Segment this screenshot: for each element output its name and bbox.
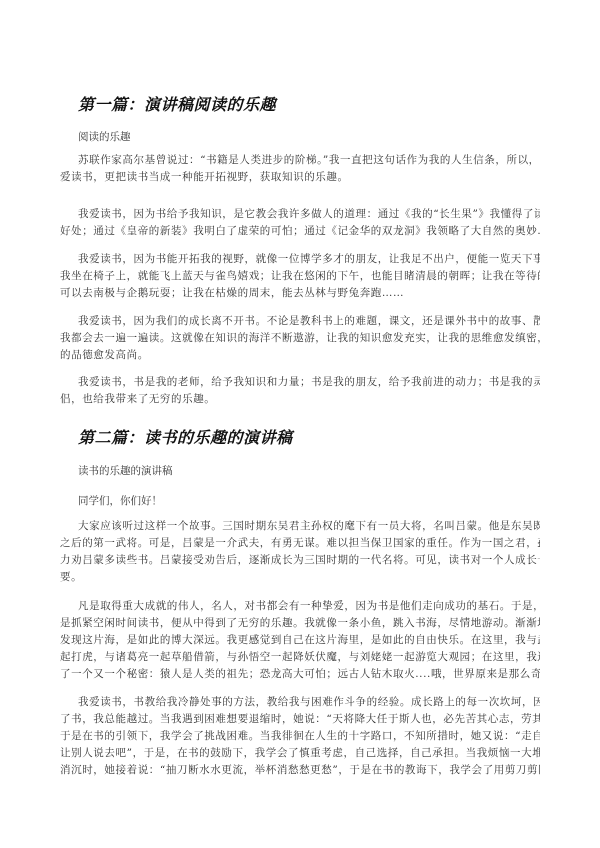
text-line: 我都会去一遍一遍读。这就像在知识的海洋不断遨游，让我的知识愈发充实，让我的思维愈… bbox=[60, 330, 540, 347]
paragraph: 我爱读书，因为我们的成长离不开书。不论是教科书上的难题，课文，还是课外书中的故事… bbox=[60, 313, 540, 364]
text-line: 了书，我总能越过。当我遇到困难想要退缩时，她说：“天将降大任于斯人也，必先苦其心… bbox=[60, 711, 540, 728]
text-line: 要。 bbox=[60, 569, 540, 586]
document-page: 第一篇：演讲稿阅读的乐趣 阅读的乐趣 苏联作家高尔基曾说过：“书籍是人类进步的阶… bbox=[0, 0, 600, 848]
text-line: 我爱读书，因为书能开拓我的视野，就像一位博学多才的朋友，让我足不出户，便能一览天… bbox=[60, 251, 540, 268]
paragraph: 我爱读书，书教给我冷静处事的方法，教给我与困难作斗争的经验。成长路上的每一次坎坷… bbox=[60, 694, 540, 779]
text-line: 大家应该听过这样一个故事。三国时期东吴君主孙权的麾下有一员大将，名叫吕蒙。他是东… bbox=[60, 518, 540, 535]
text-line: 我爱读书，因为书给予我知识，是它教会我许多做人的道理：通过《我的“长生果”》我懂… bbox=[60, 206, 540, 223]
paragraph: 大家应该听过这样一个故事。三国时期东吴君主孙权的麾下有一员大将，名叫吕蒙。他是东… bbox=[60, 518, 540, 586]
paragraph: 我爱读书，因为书给予我知识，是它教会我许多做人的道理：通过《我的“长生果”》我懂… bbox=[60, 206, 540, 240]
text-line: 是抓紧空闲时间读书，便从中得到了无穷的乐趣。我就像一条小鱼，跳入书海，尽情地游动… bbox=[60, 615, 540, 632]
section-2-title: 第二篇：读书的乐趣的演讲稿 bbox=[78, 425, 293, 448]
text-line: 爱读书，更把读书当成一种能开拓视野，获取知识的乐趣。 bbox=[60, 169, 540, 186]
section-2-subtitle: 读书的乐趣的演讲稿 bbox=[78, 463, 173, 478]
text-line: 侣，也给我带来了无穷的乐趣。 bbox=[60, 391, 540, 408]
paragraph: 我爱读书，书是我的老师，给予我知识和力量；书是我的朋友，给予我前进的动力；书是我… bbox=[60, 374, 540, 408]
text-line: 之后的第一武将。可是，吕蒙是一介武夫，有勇无谋。难以担当保卫国家的重任。作为一国… bbox=[60, 535, 540, 552]
text-line: 起打虎，与诸葛亮一起草船借箭，与孙悟空一起降妖伏魔，与刘姥姥一起游览大观园；在这… bbox=[60, 649, 540, 666]
text-line: 了一个又一个秘密：猿人是人类的祖先；恐龙高大可怕；远古人钻木取火....哦，世界… bbox=[60, 666, 540, 683]
text-line: 于是在书的引领下，我学会了挑战困难。当我徘徊在人生的十字路口，不知所措时，她又说… bbox=[60, 728, 540, 745]
text-line: 苏联作家高尔基曾说过：“书籍是人类进步的阶梯。”我一直把这句话作为我的人生信条，… bbox=[60, 152, 540, 169]
text-line: 好处；通过《皇帝的新装》我明白了虚荣的可怕；通过《记金华的双龙洞》我领略了大自然… bbox=[60, 223, 540, 240]
text-line: 可以去南极与企鹅玩耍；让我在枯燥的周末，能去丛林与野兔奔跑…… bbox=[60, 285, 540, 302]
paragraph: 凡是取得重大成就的伟人，名人，对书都会有一种挚爱，因为书是他们走向成功的基石。于… bbox=[60, 598, 540, 683]
text-line: 我爱读书，因为我们的成长离不开书。不论是教科书上的难题，课文，还是课外书中的故事… bbox=[60, 313, 540, 330]
section-1-subtitle: 阅读的乐趣 bbox=[78, 129, 131, 144]
text-line: 我爱读书，书是我的老师，给予我知识和力量；书是我的朋友，给予我前进的动力；书是我… bbox=[60, 374, 540, 391]
section-1-title: 第一篇：演讲稿阅读的乐趣 bbox=[78, 92, 276, 115]
text-line: 我爱读书，书教给我冷静处事的方法，教给我与困难作斗争的经验。成长路上的每一次坎坷… bbox=[60, 694, 540, 711]
text-line: 让别人说去吧”，于是，在书的鼓励下，我学会了慎重考虑，自己选择，自己承担。当我烦… bbox=[60, 745, 540, 762]
paragraph: 苏联作家高尔基曾说过：“书籍是人类进步的阶梯。”我一直把这句话作为我的人生信条，… bbox=[60, 152, 540, 186]
text-line: 消沉时，她接着说：“抽刀断水水更流，举杯消愁愁更愁”，于是在书的教诲下，我学会了… bbox=[60, 762, 540, 779]
greeting: 同学们，你们好！ bbox=[78, 493, 162, 508]
paragraph: 我爱读书，因为书能开拓我的视野，就像一位博学多才的朋友，让我足不出户，便能一览天… bbox=[60, 251, 540, 302]
text-line: 我坐在椅子上，就能飞上蓝天与雀鸟嬉戏；让我在悠闲的下午，也能目睹清晨的朝晖；让我… bbox=[60, 268, 540, 285]
text-line: 的品德愈发高尚。 bbox=[60, 347, 540, 364]
text-line: 发现这片海，是如此的博大深远。我更感觉到自己在这片海里，是如此的自由快乐。在这里… bbox=[60, 632, 540, 649]
text-line: 力劝吕蒙多读些书。吕蒙接受劝告后，逐渐成长为三国时期的一代名将。可见，读书对一个… bbox=[60, 552, 540, 569]
text-line: 凡是取得重大成就的伟人，名人，对书都会有一种挚爱，因为书是他们走向成功的基石。于… bbox=[60, 598, 540, 615]
